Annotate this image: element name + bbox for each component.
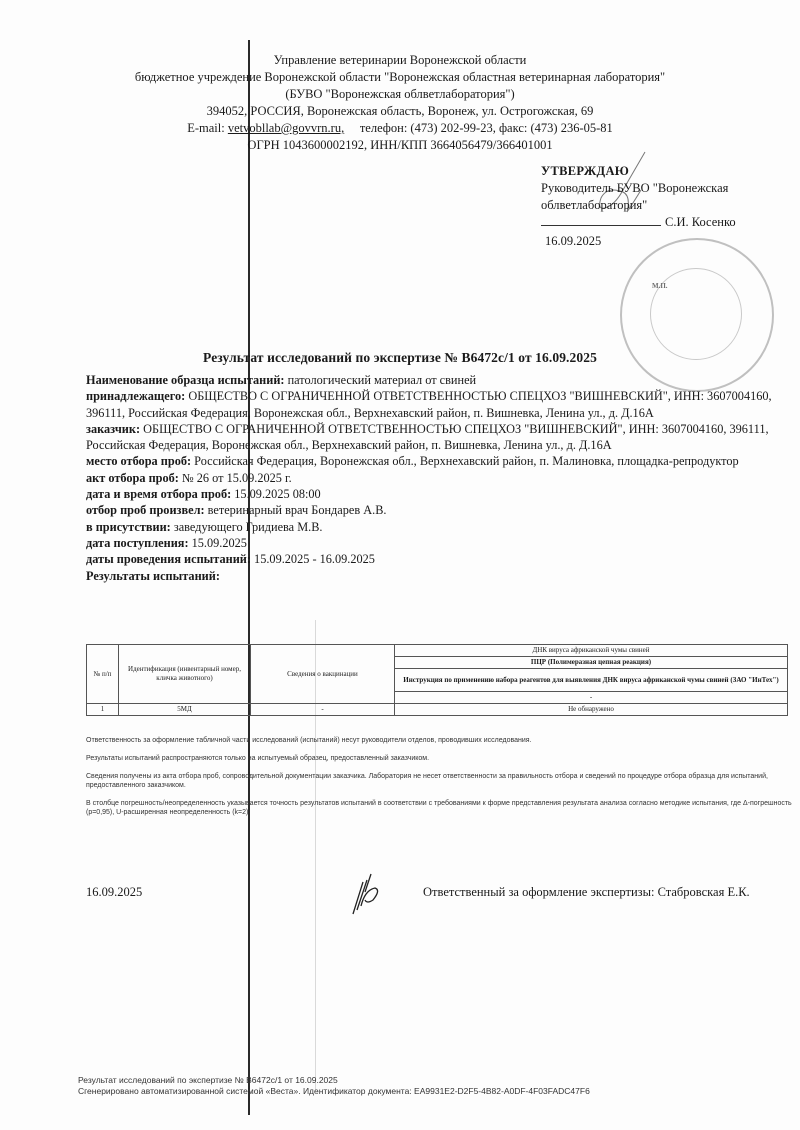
approval-title: УТВЕРЖДАЮ: [541, 163, 736, 180]
email-label: E-mail:: [187, 121, 225, 135]
sample-info: Наименование образца испытаний: патологи…: [86, 372, 786, 584]
contact-line: E-mail: vetvobllab@govvrn.ru, телефон: (…: [80, 120, 720, 137]
note-scope: Результаты испытаний распространяются то…: [86, 754, 796, 763]
organization-header: Управление ветеринарии Воронежской облас…: [80, 52, 720, 154]
field-received-date: дата поступления: 15.09.2025: [86, 535, 786, 551]
official-seal-icon: М.П.: [620, 238, 774, 392]
institution-address: 394052, РОССИЯ, Воронежская область, Вор…: [80, 103, 720, 120]
cell-vaccination: -: [251, 704, 395, 716]
field-sampling-place: место отбора проб: Российская Федерация,…: [86, 453, 786, 469]
note-responsibility: Ответственность за оформление табличной …: [86, 736, 796, 745]
approval-position-line2: облветлаборатория": [541, 197, 736, 214]
col-header-instruction: Инструкция по применению набора реагенто…: [395, 669, 788, 692]
field-sample-name: Наименование образца испытаний: патологи…: [86, 372, 786, 388]
col-header-vaccination: Сведения о вакцинации: [251, 645, 395, 704]
footer-identifier: Сгенерировано автоматизированной системо…: [78, 1086, 590, 1097]
field-test-dates: даты проведения испытаний: 15.09.2025 - …: [86, 551, 786, 567]
document-page: Управление ветеринарии Воронежской облас…: [0, 0, 800, 1130]
field-owner: принадлежащего: ОБЩЕСТВО С ОГРАНИЧЕННОЙ …: [86, 388, 786, 421]
disclaimer-notes: Ответственность за оформление табличной …: [86, 736, 796, 826]
institution-short-name: (БУВО "Воронежская облветлаборатория"): [80, 86, 720, 103]
email-link[interactable]: vetvobllab@govvrn.ru,: [228, 121, 344, 135]
note-uncertainty: В столбце погрешность/неопределенность у…: [86, 799, 796, 817]
approval-position-line1: Руководитель БУВО "Воронежская: [541, 180, 736, 197]
col-header-method: ПЦР (Полимеразная цепная реакция): [395, 657, 788, 669]
ministry-name: Управление ветеринарии Воронежской облас…: [80, 52, 720, 69]
institution-name: бюджетное учреждение Воронежской области…: [80, 69, 720, 86]
field-sampled-by: отбор проб произвел: ветеринарный врач Б…: [86, 502, 786, 518]
col-header-test-target: ДНК вируса африканской чумы свиней: [395, 645, 788, 657]
signature-line: [541, 225, 661, 226]
responsible-person: Ответственный за оформление экспертизы: …: [423, 885, 750, 900]
col-header-number: № п/п: [87, 645, 119, 704]
table-row: 1 5МД - Не обнаружено: [87, 704, 788, 716]
col-header-identification: Идентификация (инвентарный номер, кличка…: [119, 645, 251, 704]
signature-date: 16.09.2025: [86, 885, 142, 900]
field-results-heading: Результаты испытаний:: [86, 568, 786, 584]
cell-identification: 5МД: [119, 704, 251, 716]
col-header-unit: -: [395, 692, 788, 704]
note-sampling-source: Сведения получены из акта отбора проб, с…: [86, 772, 796, 790]
results-table: № п/п Идентификация (инвентарный номер, …: [86, 644, 788, 716]
seal-mp-label: М.П.: [652, 282, 668, 290]
phone-fax: телефон: (473) 202-99-23, факс: (473) 23…: [360, 121, 613, 135]
field-sampling-datetime: дата и время отбора проб: 15.09.2025 08:…: [86, 486, 786, 502]
field-in-presence: в присутствии: заведующего Гридиева М.В.: [86, 519, 786, 535]
field-customer: заказчик: ОБЩЕСТВО С ОГРАНИЧЕННОЙ ОТВЕТС…: [86, 421, 786, 454]
responsible-signature-icon: [345, 870, 385, 920]
document-title: Результат исследований по экспертизе № В…: [0, 350, 800, 366]
document-footer: Результат исследований по экспертизе № В…: [78, 1075, 590, 1097]
approval-signatory: С.И. Косенко: [665, 215, 736, 229]
footer-reference: Результат исследований по экспертизе № В…: [78, 1075, 590, 1086]
cell-result: Не обнаружено: [395, 704, 788, 716]
field-sampling-act: акт отбора проб: № 26 от 15.09.2025 г.: [86, 470, 786, 486]
approval-block: УТВЕРЖДАЮ Руководитель БУВО "Воронежская…: [541, 163, 736, 250]
cell-number: 1: [87, 704, 119, 716]
